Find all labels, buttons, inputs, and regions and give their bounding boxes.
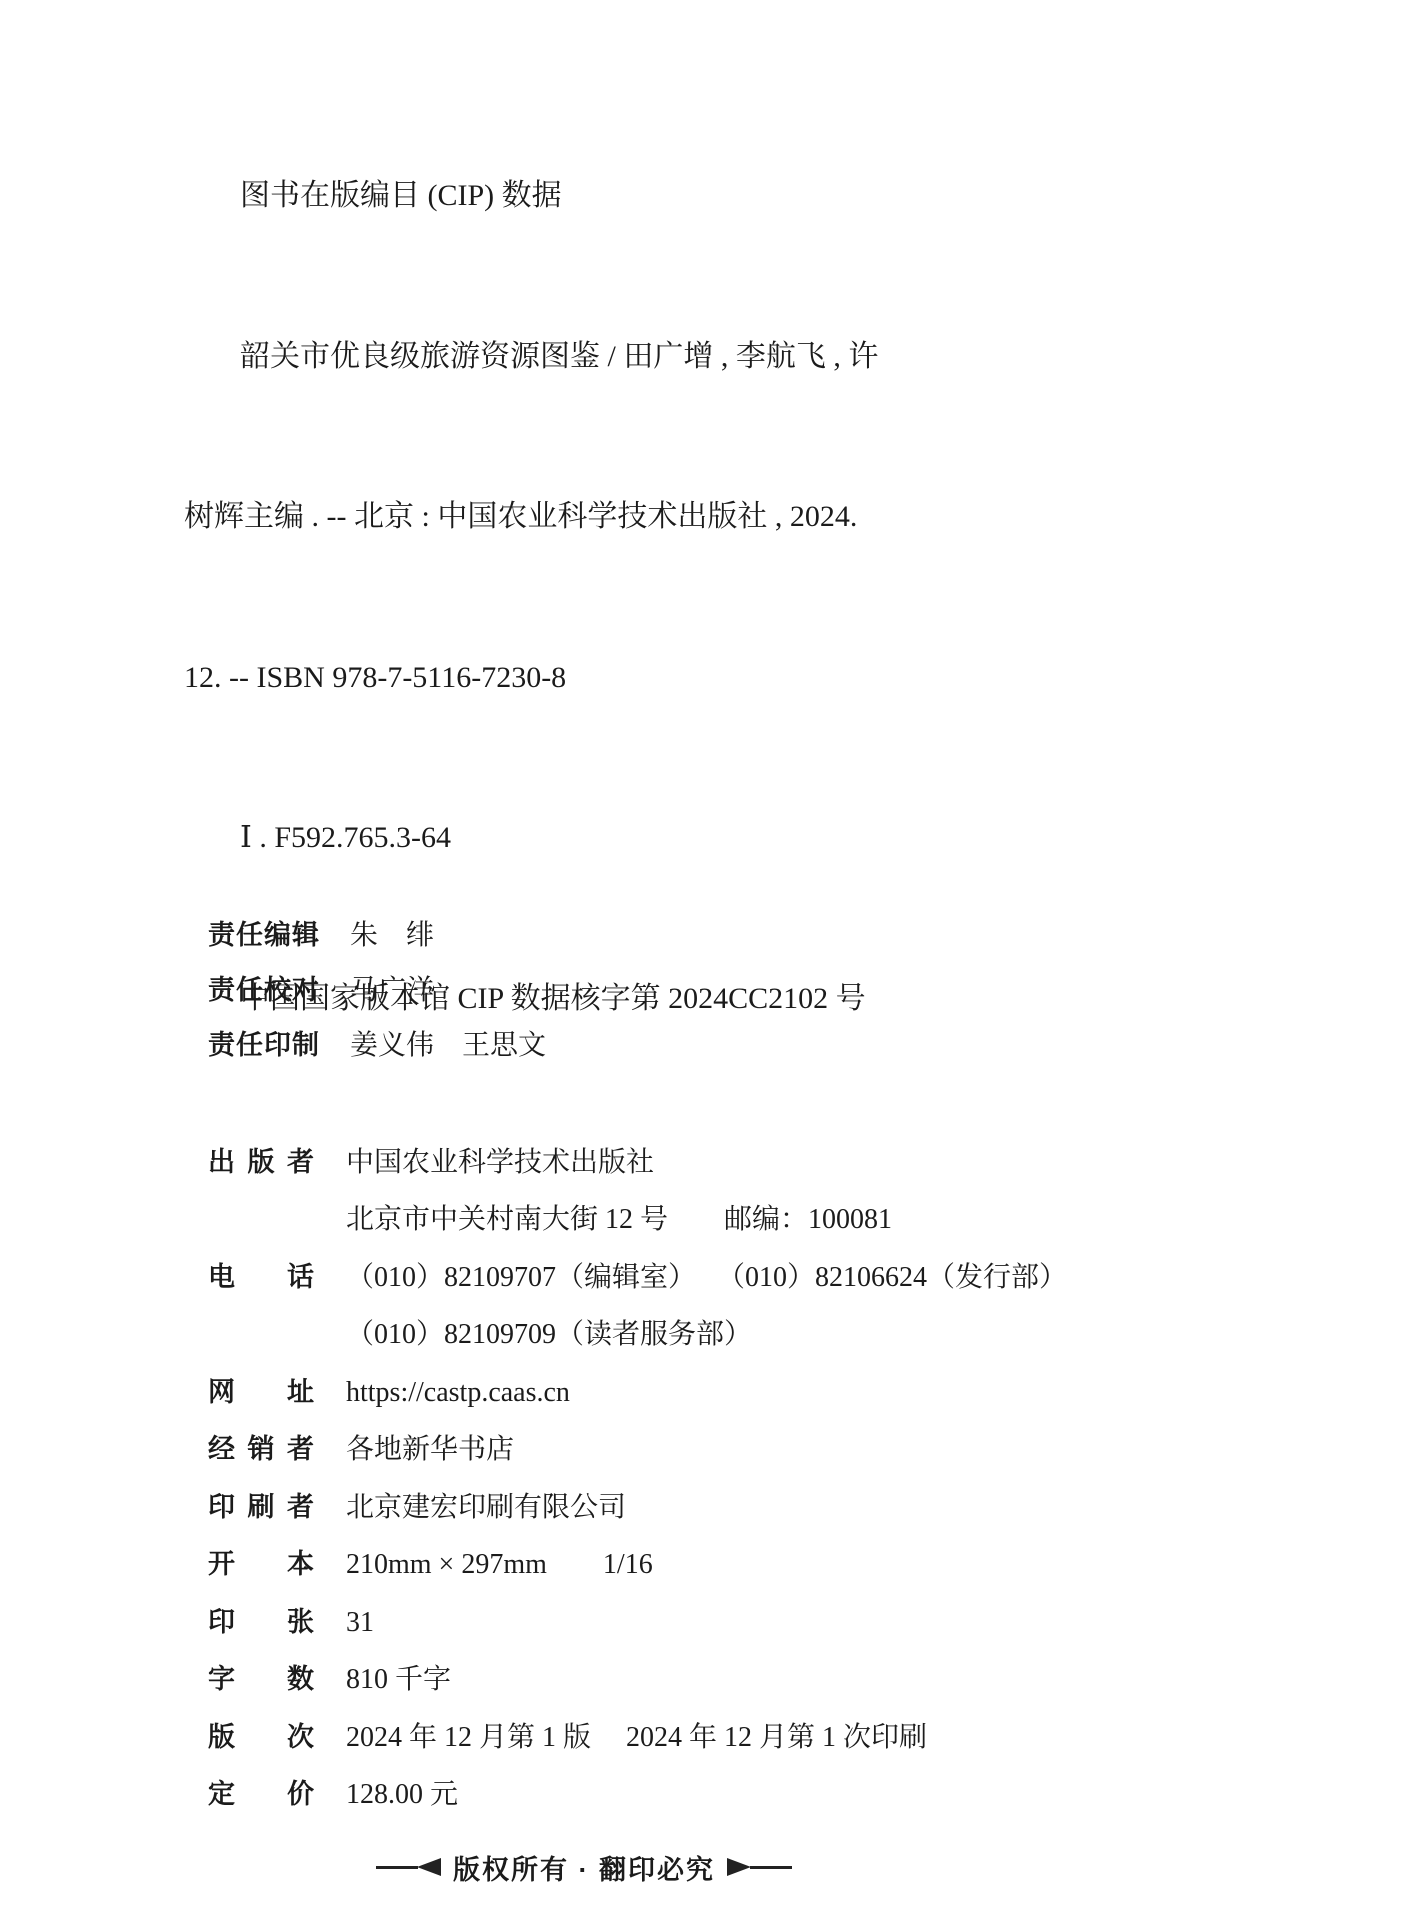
staff-block: 责任编辑朱 绯 责任校对马广洋 责任印制姜义伟 王思文 (184, 853, 546, 1018)
colophon-value-sheets: 31 (346, 1607, 374, 1638)
arrow-left-icon (417, 1858, 441, 1876)
staff-name-proofreader: 马广洋 (350, 975, 434, 1006)
ornament-line-left (376, 1866, 418, 1869)
colophon-label-word-count: 字数 (208, 1651, 314, 1709)
colophon-label-website: 网址 (208, 1364, 314, 1422)
cip-line-publisher-info: 树辉主编 . -- 北京 : 中国农业科学技术出版社 , 2024. (184, 490, 878, 544)
ornament-line-right (750, 1866, 792, 1869)
staff-name-editor: 朱 绯 (350, 920, 434, 951)
staff-row-editor: 责任编辑朱 绯 (184, 853, 546, 908)
colophon-block: 出版者中国农业科学技术出版社 北京市中关村南大街 12 号 邮编：100081 … (184, 1076, 1067, 1766)
colophon-value-edition: 2024 年 12 月第 1 版 2024 年 12 月第 1 次印刷 (346, 1722, 927, 1753)
copyright-notice: 版权所有 · 翻印必究 (453, 1848, 715, 1887)
staff-label-printing: 责任印制 (208, 1030, 320, 1060)
arrow-right-icon (727, 1858, 751, 1876)
cip-line-isbn: 12. -- ISBN 978-7-5116-7230-8 (184, 651, 878, 705)
copyright-page: 图书在版编目 (CIP) 数据 韶关市优良级旅游资源图鉴 / 田广增 , 李航飞… (0, 0, 1402, 1926)
colophon-value-word-count: 810 千字 (346, 1664, 451, 1695)
colophon-label-distributor: 经销者 (208, 1421, 314, 1479)
staff-label-proofreader: 责任校对 (208, 975, 320, 1005)
colophon-value-telephone: （010）82109707（编辑室） （010）82106624（发行部） (346, 1262, 1067, 1293)
colophon-value-publisher: 中国农业科学技术出版社 (346, 1147, 654, 1178)
colophon-label-publisher: 出版者 (208, 1134, 314, 1192)
colophon-label-printer: 印刷者 (208, 1479, 314, 1537)
colophon-value-price: 128.00 元 (346, 1779, 458, 1810)
colophon-value-telephone-2: （010）82109709（读者服务部） (346, 1319, 752, 1350)
colophon-row-publisher: 出版者中国农业科学技术出版社 (184, 1076, 1067, 1134)
staff-name-printing: 姜义伟 王思文 (350, 1030, 546, 1061)
colophon-label-price: 定价 (208, 1766, 314, 1824)
colophon-value-address: 北京市中关村南大街 12 号 邮编：100081 (346, 1204, 892, 1235)
colophon-value-website-url: https://castp.caas.cn (346, 1377, 570, 1408)
colophon-label-sheets: 印张 (208, 1594, 314, 1652)
colophon-label-edition: 版次 (208, 1709, 314, 1767)
colophon-value-distributor: 各地新华书店 (346, 1434, 514, 1465)
colophon-label-format: 开本 (208, 1536, 314, 1594)
cip-title: 图书在版编目 (CIP) 数据 (184, 169, 878, 223)
copyright-footer: 版权所有 · 翻印必究 (184, 1844, 984, 1890)
colophon-value-format: 210mm × 297mm 1/16 (346, 1549, 653, 1580)
cip-line-book-info: 韶关市优良级旅游资源图鉴 / 田广增 , 李航飞 , 许 (184, 330, 878, 384)
staff-label-editor: 责任编辑 (208, 920, 320, 950)
colophon-value-printer: 北京建宏印刷有限公司 (346, 1492, 626, 1523)
colophon-label-telephone: 电话 (208, 1249, 314, 1307)
